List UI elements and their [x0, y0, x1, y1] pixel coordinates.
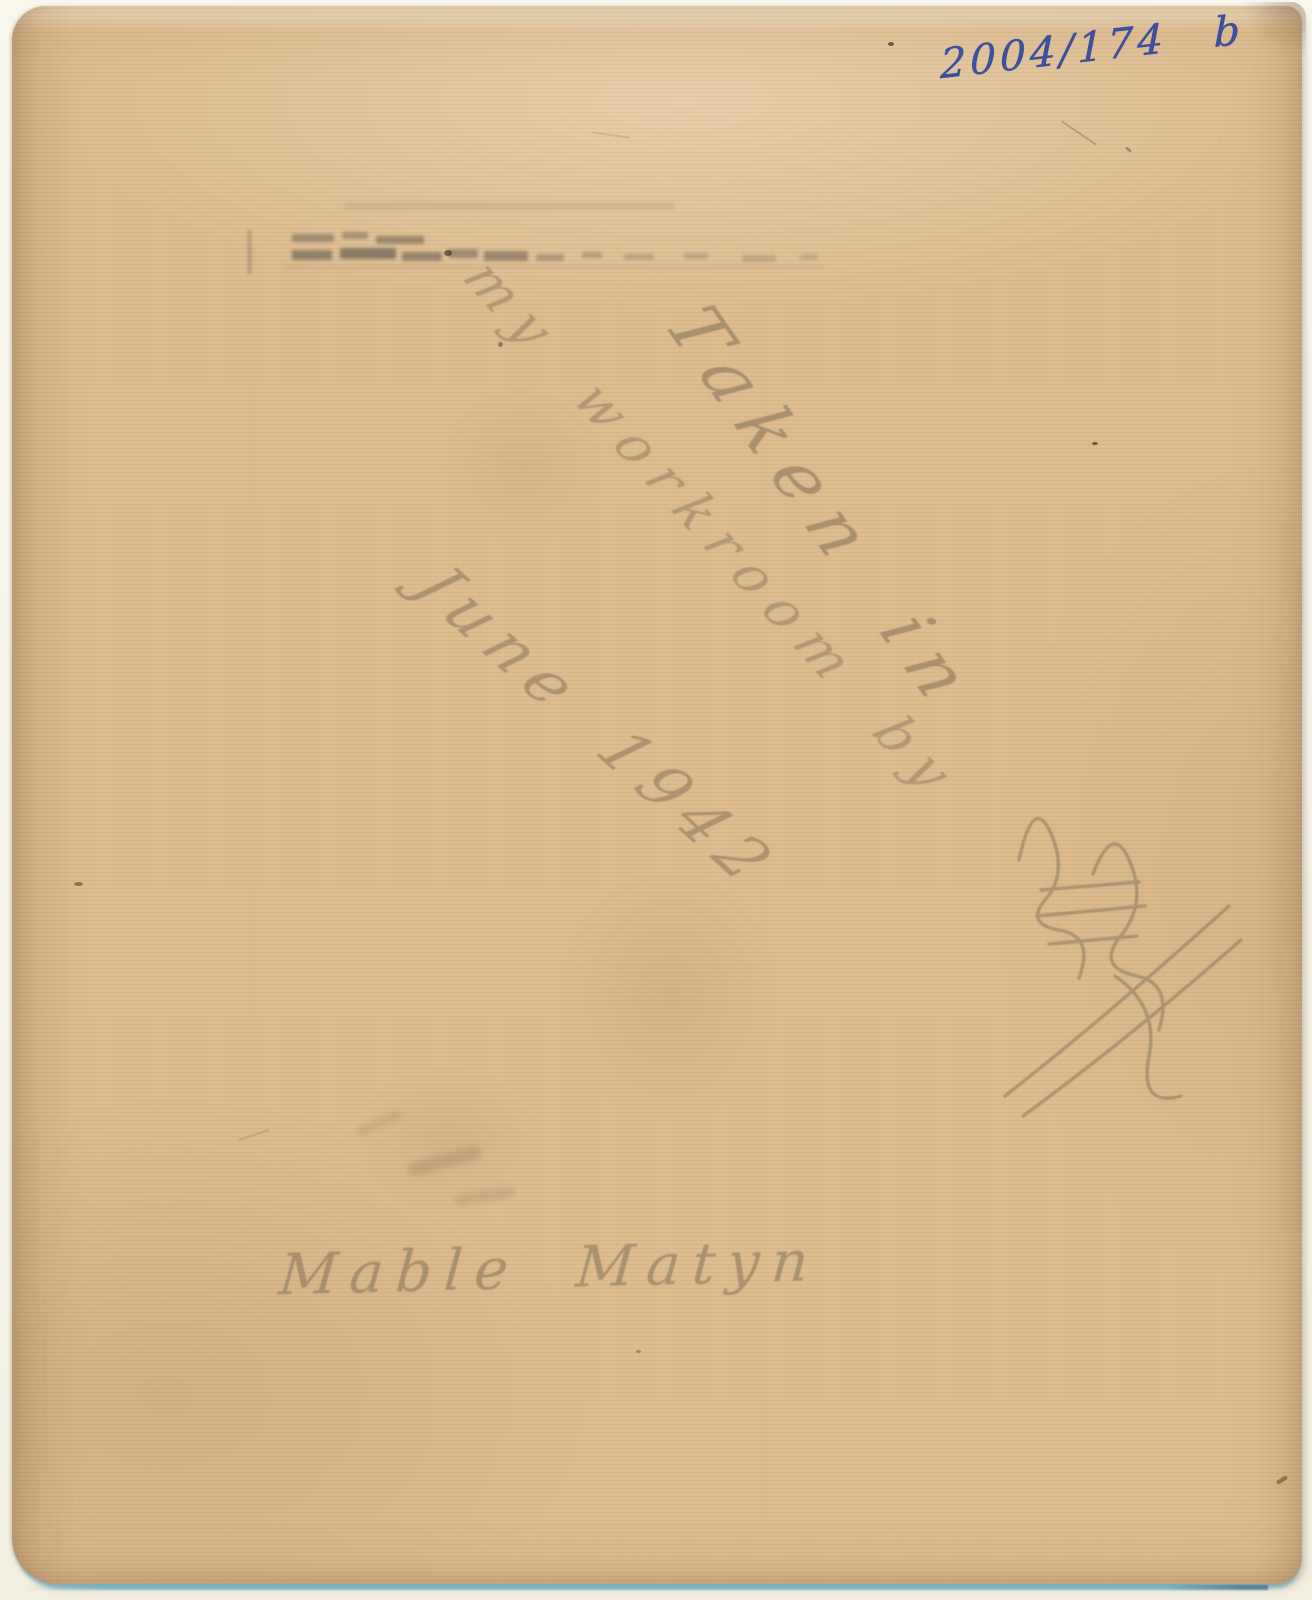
- photo-card-back: 2004/174 b Taken in my workroom by June …: [12, 6, 1302, 1584]
- ghost-print-smudge: [244, 192, 856, 284]
- paper-speck: [1125, 146, 1132, 153]
- crossed-out-signature: [997, 778, 1247, 1128]
- paper-speck: [1092, 442, 1098, 445]
- paper-stain: [560, 866, 780, 1126]
- paper-fiber: [1061, 120, 1097, 145]
- paper-speck: [498, 342, 503, 347]
- corner-wear-mark: [1236, 2, 1306, 58]
- pencil-smudge: [354, 1108, 404, 1137]
- scanner-bed: 2004/174 b Taken in my workroom by June …: [0, 0, 1312, 1600]
- paper-speck: [444, 250, 452, 256]
- paper-speck: [888, 42, 894, 46]
- accession-number: 2004/174 b: [940, 5, 1244, 88]
- pencil-inscription-line3: June 1942: [400, 554, 796, 900]
- pencil-signer-name: Mable Matyn: [277, 1228, 823, 1308]
- scanner-edge-artifact: [28, 1585, 1268, 1590]
- paper-speck: [74, 882, 83, 886]
- pencil-smudge: [453, 1185, 516, 1207]
- paper-fiber: [592, 131, 630, 138]
- paper-fiber: [238, 1129, 269, 1141]
- paper-speck: [636, 1350, 641, 1353]
- pencil-smudge: [407, 1145, 482, 1178]
- paper-speck: [1276, 1475, 1288, 1485]
